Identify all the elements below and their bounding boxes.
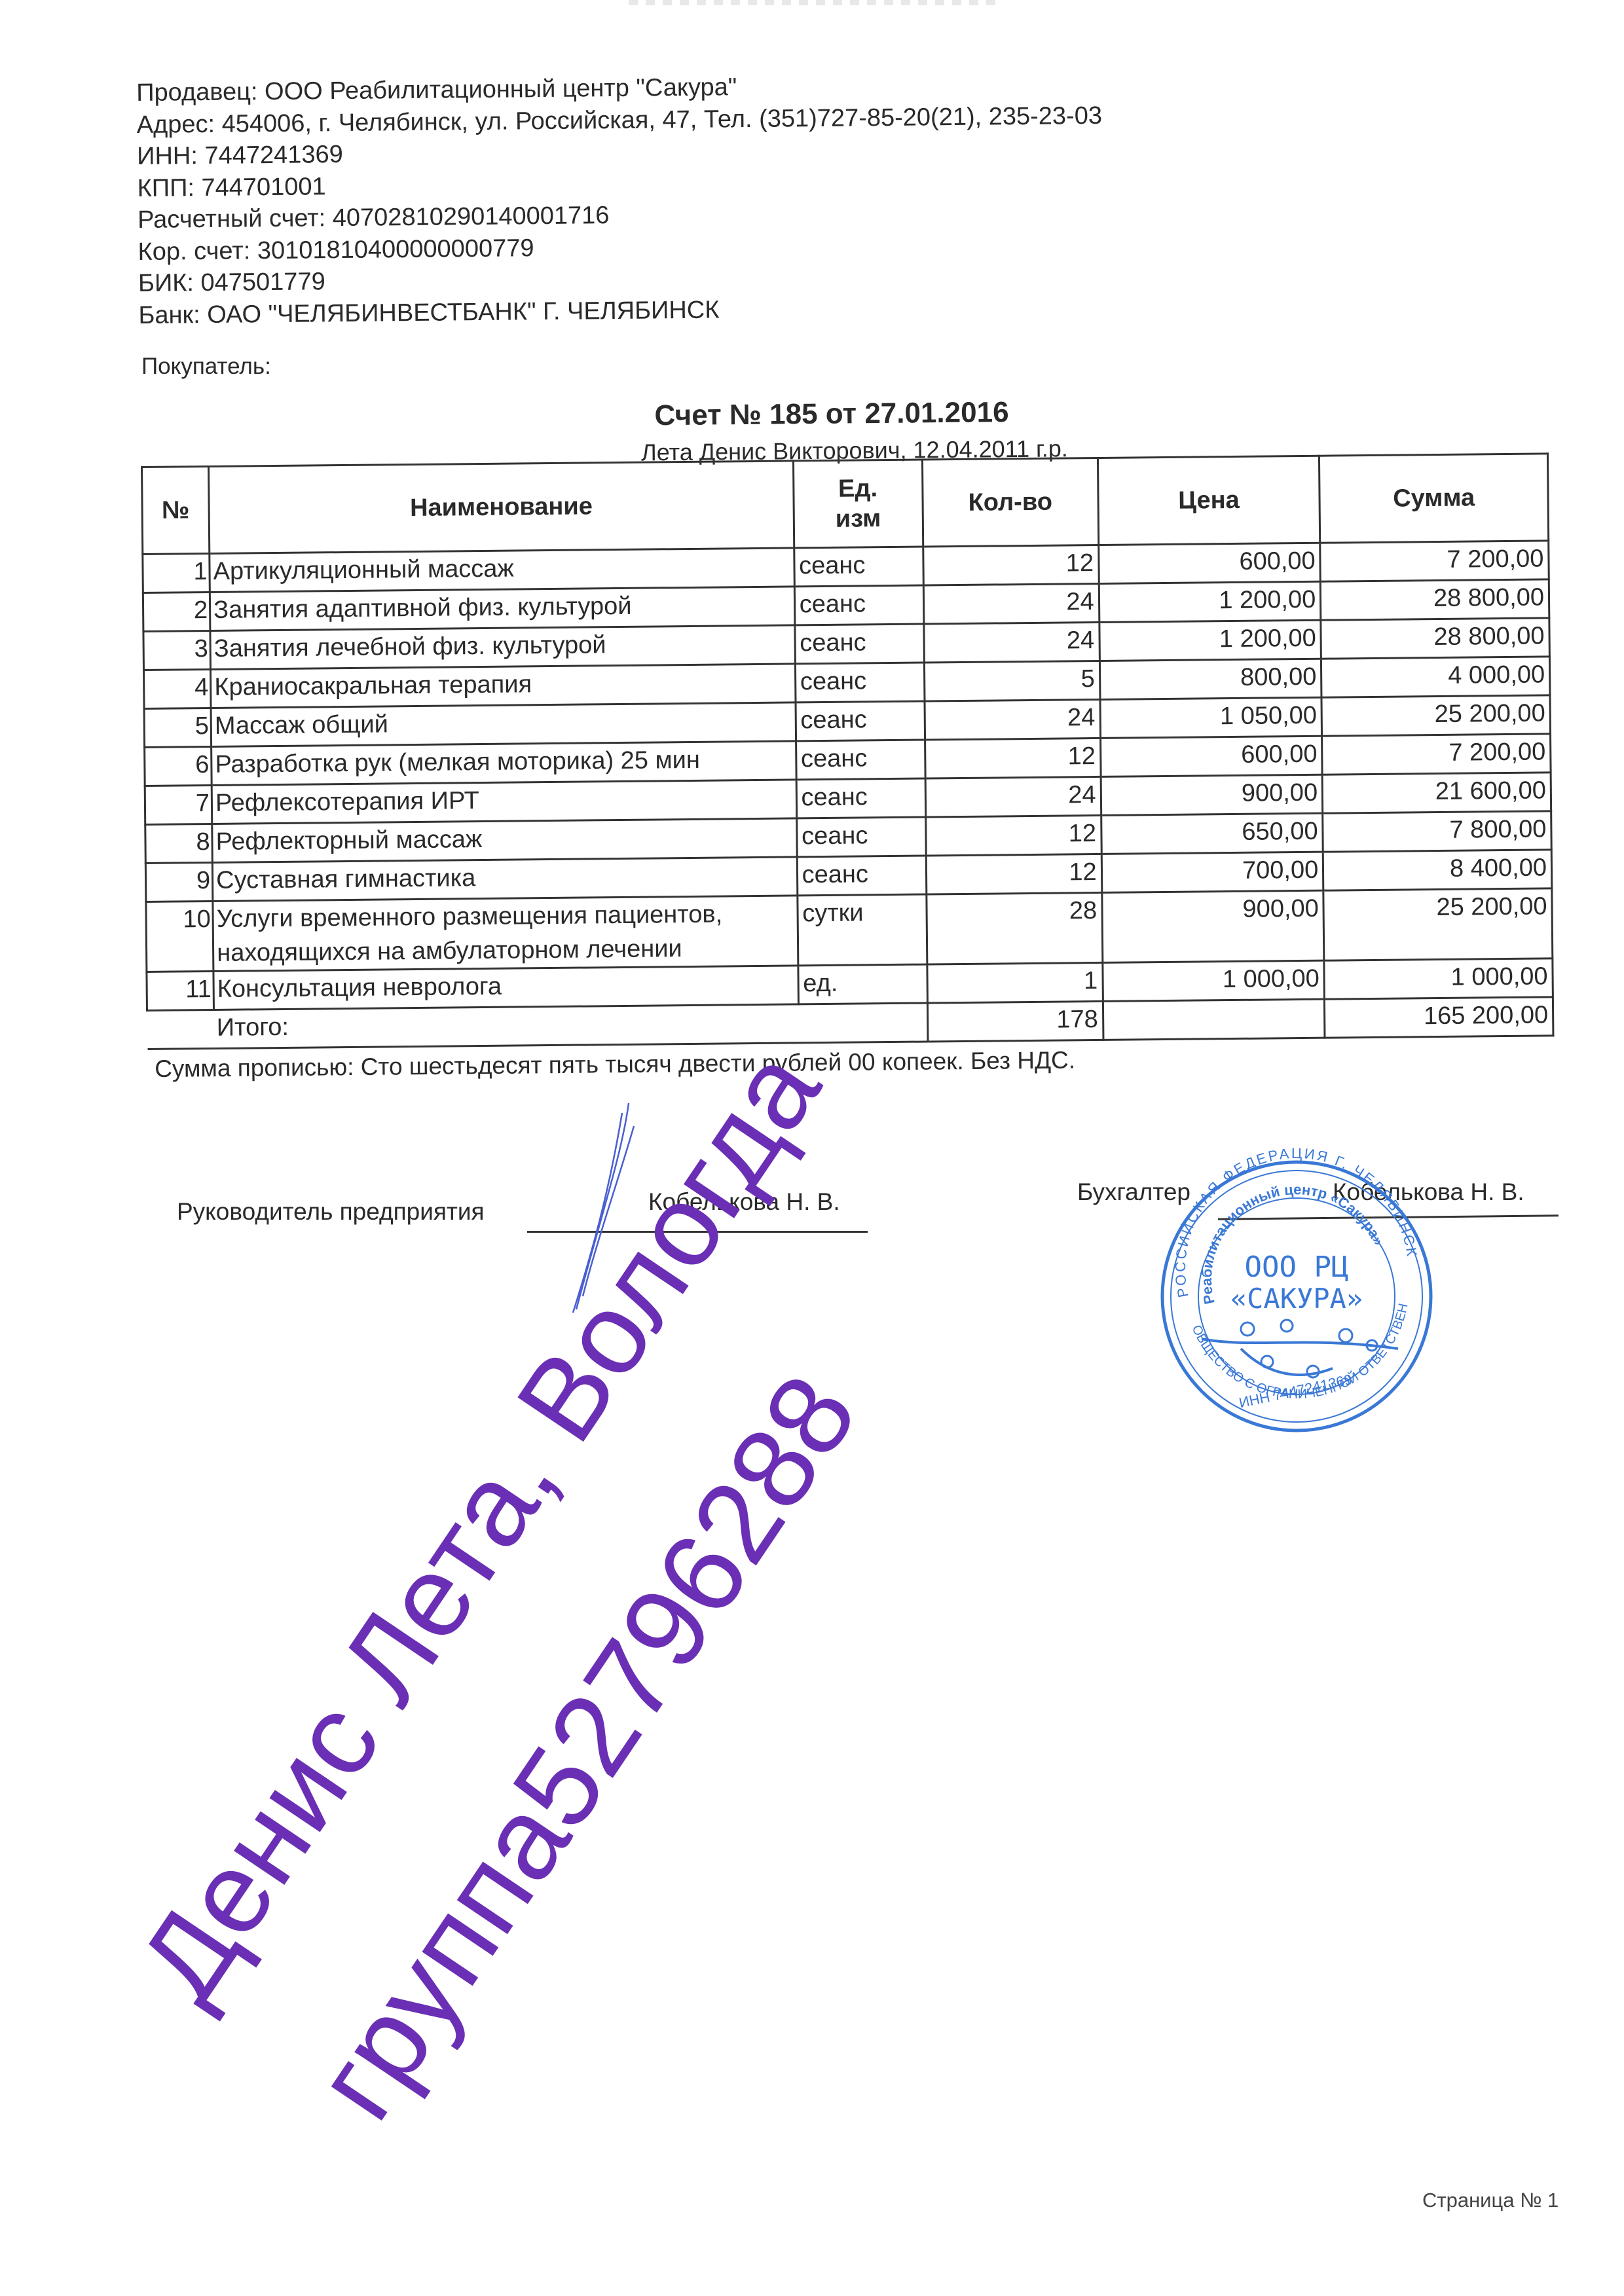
cell-name: Занятия адаптивной физ. культурой	[210, 587, 794, 631]
cell-price: 1 000,00	[1102, 960, 1324, 1001]
header-unit-line1: Ед.	[798, 473, 918, 505]
cell-qty: 5	[924, 661, 1099, 701]
company-stamp: РОССИЙСКАЯ ФЕДЕРАЦИЯ Г. ЧЕЛЯБИНСК Реабил…	[1149, 1139, 1444, 1440]
cell-sum: 25 200,00	[1323, 888, 1553, 960]
cell-sum: 8 400,00	[1323, 850, 1551, 890]
cell-price: 1 050,00	[1100, 697, 1322, 738]
cell-num: 7	[145, 785, 212, 824]
cell-qty: 24	[925, 776, 1101, 817]
cell-price: 650,00	[1101, 813, 1323, 854]
stamp-center-2: «САКУРА»	[1230, 1283, 1363, 1315]
cell-name: Краниосакральная терапия	[211, 664, 796, 708]
cell-unit: сеанс	[797, 856, 927, 896]
director-signature	[557, 1100, 648, 1316]
header-price: Цена	[1098, 456, 1320, 545]
cell-sum: 7 200,00	[1322, 734, 1551, 774]
cell-unit: сеанс	[796, 817, 926, 857]
cell-price: 900,00	[1101, 890, 1324, 962]
scan-artifact	[629, 0, 995, 5]
cell-price: 1 200,00	[1099, 620, 1321, 661]
cell-num: 8	[145, 824, 213, 863]
header-sum: Сумма	[1319, 454, 1549, 543]
cell-price: 700,00	[1101, 852, 1323, 892]
cell-sum: 25 200,00	[1321, 695, 1550, 736]
header-unit-line2: изм	[798, 503, 918, 535]
cell-qty: 12	[925, 738, 1100, 778]
cell-sum: 7 800,00	[1323, 811, 1551, 852]
cell-qty: 12	[926, 854, 1101, 894]
cell-qty: 12	[923, 545, 1098, 585]
cell-num: 11	[147, 971, 214, 1010]
director-name: Кобелькова Н. В.	[648, 1188, 840, 1216]
cell-price: 800,00	[1099, 659, 1321, 699]
cell-num: 2	[143, 592, 210, 631]
cell-sum: 28 800,00	[1321, 618, 1549, 659]
cell-sum: 4 000,00	[1321, 657, 1550, 697]
seller-details: Продавец: ООО Реабилитационный центр "Са…	[136, 68, 1104, 331]
cell-name: Разработка рук (мелкая моторика) 25 мин	[212, 741, 796, 786]
cell-qty: 12	[925, 815, 1101, 856]
cell-name: Артикуляционный массаж	[210, 548, 794, 592]
total-label: Итого:	[214, 1004, 799, 1049]
cell-qty: 28	[927, 892, 1103, 964]
cell-qty: 24	[925, 699, 1100, 740]
cell-sum: 1 000,00	[1324, 958, 1553, 999]
invoice-page: Продавец: ООО Реабилитационный центр "Са…	[0, 0, 1624, 2296]
cell-unit: сеанс	[794, 585, 924, 625]
cell-unit: сеанс	[796, 778, 926, 818]
header-name: Наименование	[209, 461, 794, 554]
cell-unit: сеанс	[796, 701, 925, 741]
cell-name: Суставная гимнастика	[212, 857, 797, 902]
stamp-center-1: ООО РЦ	[1245, 1250, 1349, 1284]
cell-num: 5	[144, 708, 212, 747]
invoice-table: № Наименование Ед. изм Кол-во Цена Сумма…	[141, 452, 1554, 1050]
cell-num: 10	[146, 901, 213, 972]
header-qty: Кол-во	[922, 458, 1098, 547]
cell-unit: сеанс	[796, 740, 925, 780]
director-label: Руководитель предприятия	[177, 1198, 485, 1226]
cell-price: 600,00	[1100, 736, 1322, 776]
cell-name: Рефлексотерапия ИРТ	[212, 780, 796, 824]
cell-sum: 28 800,00	[1320, 579, 1549, 620]
table-header-row: № Наименование Ед. изм Кол-во Цена Сумма	[142, 454, 1549, 555]
cell-price: 900,00	[1101, 774, 1323, 815]
cell-name: Занятия лечебной физ. культурой	[210, 625, 795, 670]
cell-name: Консультация невролога	[213, 966, 798, 1010]
overlay-line-2: группа52796288	[290, 1352, 883, 2142]
cell-name: Рефлекторный массаж	[212, 818, 797, 863]
cell-num: 9	[145, 862, 213, 902]
cell-qty: 24	[923, 583, 1099, 624]
cell-name: Услуги временного размещения пациентов, …	[213, 896, 798, 972]
header-num: №	[142, 467, 210, 555]
cell-sum: 21 600,00	[1322, 773, 1551, 813]
cell-num: 4	[143, 669, 211, 708]
cell-unit: сеанс	[795, 663, 925, 702]
cell-num: 1	[143, 553, 210, 592]
cell-name: Массаж общий	[211, 702, 796, 747]
cell-num: 6	[145, 746, 212, 786]
overlay-line-1: Денис Лета, Вологда	[113, 1027, 846, 2024]
cell-sum: 7 200,00	[1320, 541, 1549, 581]
cell-qty: 24	[924, 622, 1099, 663]
cell-unit: сутки	[797, 894, 927, 966]
cell-num: 3	[143, 630, 211, 670]
cell-unit: сеанс	[795, 624, 925, 664]
cell-price: 600,00	[1098, 543, 1320, 583]
cell-unit: ед.	[798, 964, 927, 1004]
header-unit: Ед. изм	[793, 460, 923, 548]
table-row: 10Услуги временного размещения пациентов…	[146, 888, 1553, 972]
amount-in-words: Сумма прописью: Сто шестьдесят пять тыся…	[155, 1047, 1075, 1083]
cell-price: 1 200,00	[1099, 581, 1321, 622]
total-qty: 178	[927, 1001, 1103, 1042]
cell-qty: 1	[927, 962, 1103, 1003]
cell-unit: сеанс	[794, 547, 923, 587]
buyer-label: Покупатель:	[141, 354, 271, 380]
page-number: Страница № 1	[1422, 2189, 1559, 2212]
total-sum: 165 200,00	[1325, 997, 1553, 1038]
